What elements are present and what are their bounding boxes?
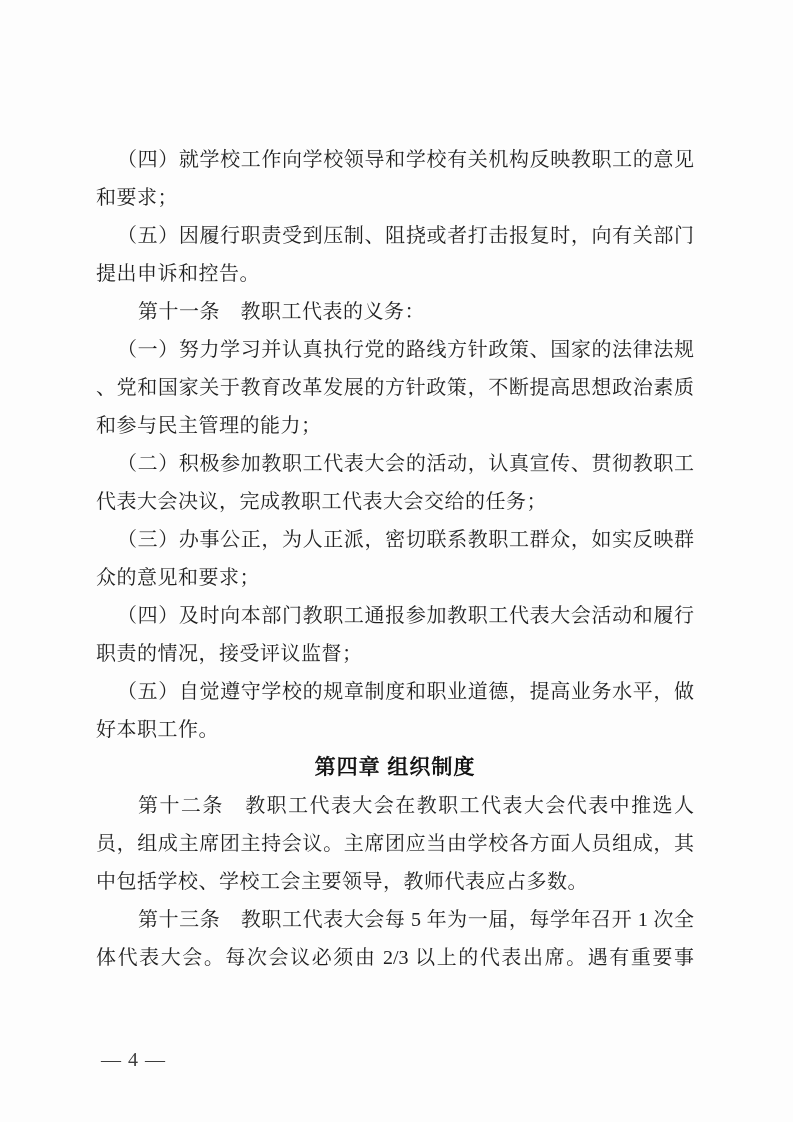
chapter-heading: 第四章 组织制度 <box>96 749 694 787</box>
text-line: 和参与民主管理的能力； <box>96 407 694 445</box>
text-line: 众的意见和要求； <box>96 559 694 597</box>
article-heading-line: 第十二条 教职工代表大会在教职工代表大会代表中推选人 <box>96 787 694 825</box>
text-line: （五）因履行职责受到压制、阻挠或者打击报复时，向有关部门 <box>96 217 694 255</box>
text-line: （四）及时向本部门教职工通报参加教职工代表大会活动和履行 <box>96 597 694 635</box>
text-line: 和要求； <box>96 179 694 217</box>
text-line: 代表大会决议，完成教职工代表大会交给的任务； <box>96 483 694 521</box>
article-heading-line: 第十三条 教职工代表大会每 5 年为一届，每学年召开 1 次全 <box>96 901 694 939</box>
article-heading-line: 第十一条 教职工代表的义务： <box>96 293 694 331</box>
text-line: （二）积极参加教职工代表大会的活动，认真宣传、贯彻教职工 <box>96 445 694 483</box>
document-page: （四）就学校工作向学校领导和学校有关机构反映教职工的意见 和要求； （五）因履行… <box>0 0 793 1122</box>
page-number: — 4 — <box>101 1046 166 1074</box>
text-line: 员，组成主席团主持会议。主席团应当由学校各方面人员组成，其 <box>96 825 694 863</box>
text-line: 、党和国家关于教育改革发展的方针政策，不断提高思想政治素质 <box>96 369 694 407</box>
text-line: （一）努力学习并认真执行党的路线方针政策、国家的法律法规 <box>96 331 694 369</box>
text-line: 职责的情况，接受评议监督； <box>96 635 694 673</box>
text-line: 好本职工作。 <box>96 711 694 749</box>
text-line: 中包括学校、学校工会主要领导，教师代表应占多数。 <box>96 863 694 901</box>
text-line: （四）就学校工作向学校领导和学校有关机构反映教职工的意见 <box>96 141 694 179</box>
document-body: （四）就学校工作向学校领导和学校有关机构反映教职工的意见 和要求； （五）因履行… <box>96 141 694 977</box>
text-line: 体代表大会。每次会议必须由 2/3 以上的代表出席。遇有重要事 <box>96 939 694 977</box>
text-line: （三）办事公正，为人正派，密切联系教职工群众，如实反映群 <box>96 521 694 559</box>
text-line: （五）自觉遵守学校的规章制度和职业道德，提高业务水平，做 <box>96 673 694 711</box>
text-line: 提出申诉和控告。 <box>96 255 694 293</box>
